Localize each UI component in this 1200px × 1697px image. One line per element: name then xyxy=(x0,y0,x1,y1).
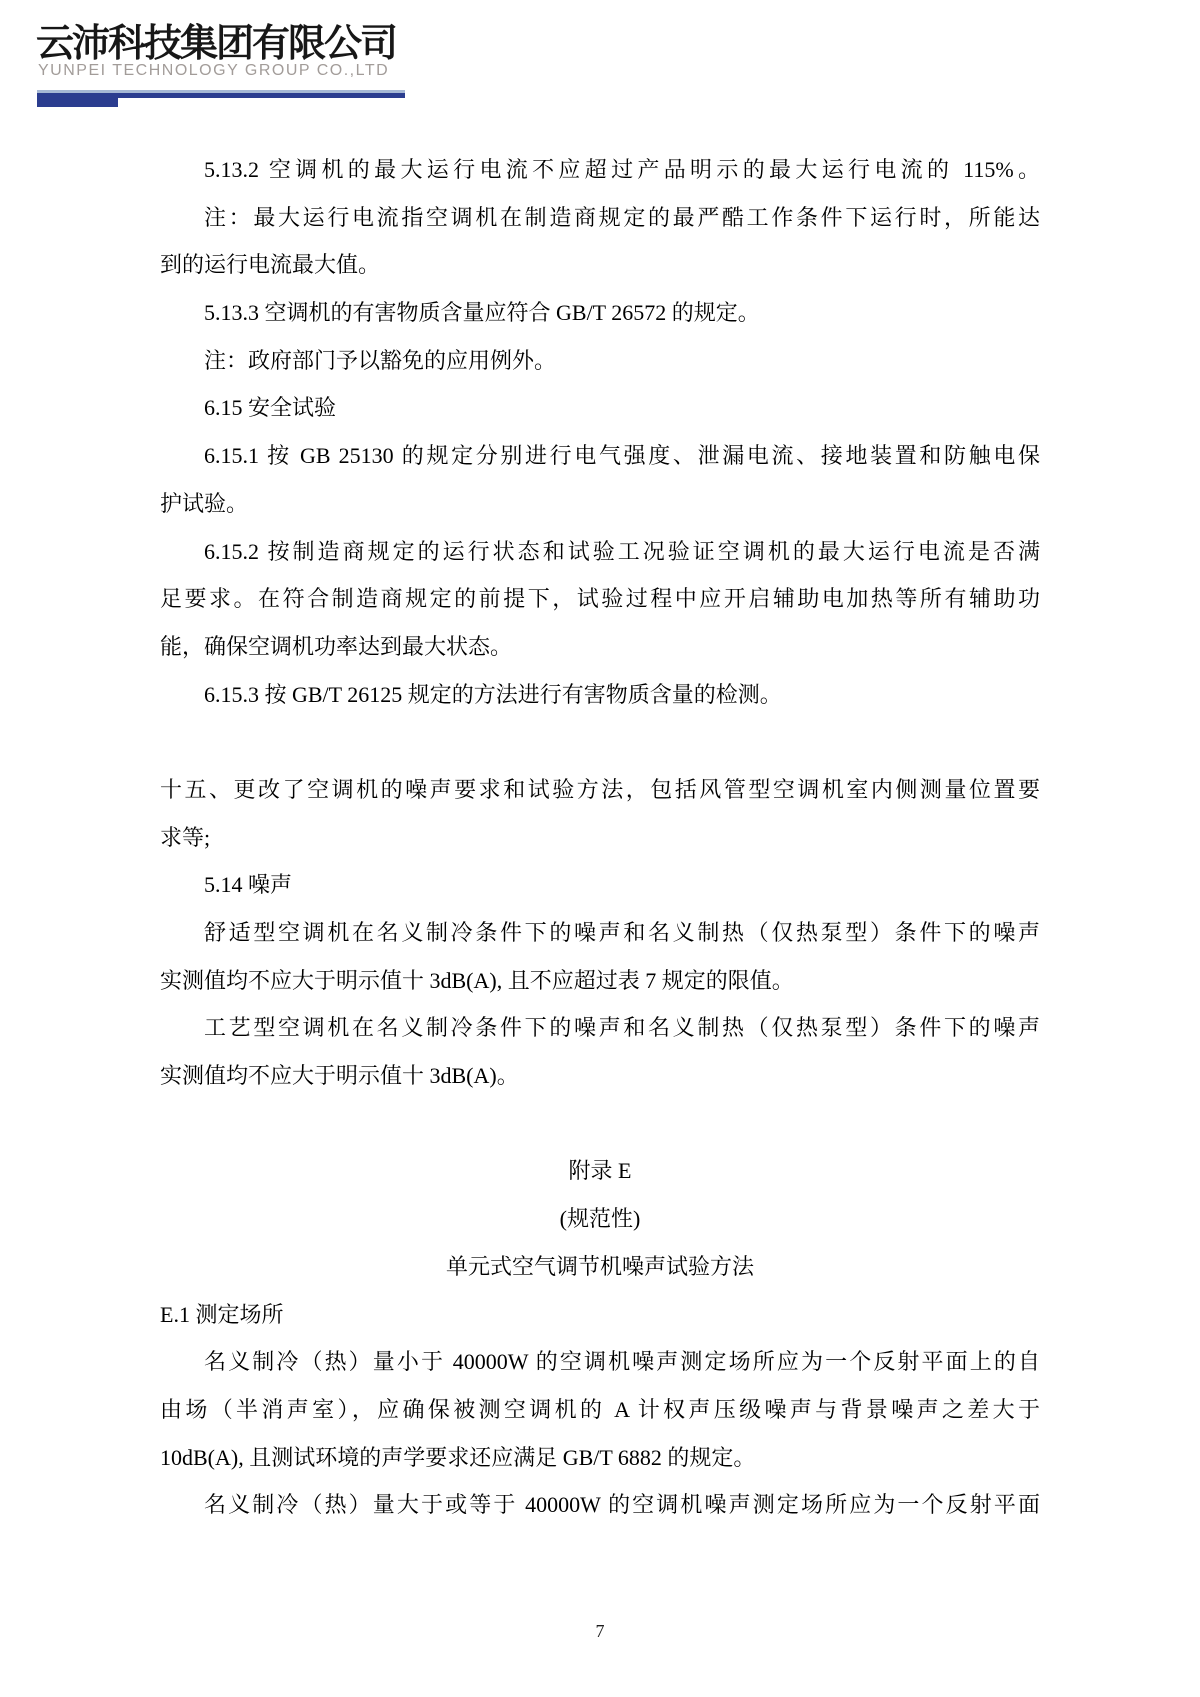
document-line xyxy=(160,718,1040,766)
document-line: 注：最大运行电流指空调机在制造商规定的最严酷工作条件下运行时，所能达 xyxy=(160,194,1040,242)
document-line: 6.15 安全试验 xyxy=(160,384,1040,432)
document-line: 名义制冷（热）量小于 40000W 的空调机噪声测定场所应为一个反射平面上的自 xyxy=(160,1338,1040,1386)
document-line: 5.13.2 空调机的最大运行电流不应超过产品明示的最大运行电流的 115%。 xyxy=(160,146,1040,194)
document-line: 附录 E xyxy=(160,1147,1040,1195)
company-name-cn: 云沛科技集团有限公司 xyxy=(36,12,396,67)
document-line: 5.14 噪声 xyxy=(160,861,1040,909)
header-rule xyxy=(37,90,405,110)
document-line: 名义制冷（热）量大于或等于 40000W 的空调机噪声测定场所应为一个反射平面 xyxy=(160,1481,1040,1529)
document-line: 护试验。 xyxy=(160,480,1040,528)
document-line: 6.15.1 按 GB 25130 的规定分别进行电气强度、泄漏电流、接地装置和… xyxy=(160,432,1040,480)
page-number: 7 xyxy=(0,1621,1200,1642)
document-page: 云沛科技集团有限公司 YUNPEI TECHNOLOGY GROUP CO.,L… xyxy=(0,0,1200,1697)
document-line: (规范性) xyxy=(160,1195,1040,1243)
document-line: 能，确保空调机功率达到最大状态。 xyxy=(160,623,1040,671)
document-line: 10dB(A), 且测试环境的声学要求还应满足 GB/T 6882 的规定。 xyxy=(160,1434,1040,1482)
document-line: 舒适型空调机在名义制冷条件下的噪声和名义制热（仅热泵型）条件下的噪声 xyxy=(160,909,1040,957)
document-line: 足要求。在符合制造商规定的前提下，试验过程中应开启辅助电加热等所有辅助功 xyxy=(160,575,1040,623)
document-line: 十五、更改了空调机的噪声要求和试验方法，包括风管型空调机室内侧测量位置要 xyxy=(160,766,1040,814)
document-line: 单元式空气调节机噪声试验方法 xyxy=(160,1243,1040,1291)
company-name-en: YUNPEI TECHNOLOGY GROUP CO.,LTD xyxy=(38,62,389,80)
document-line: 6.15.3 按 GB/T 26125 规定的方法进行有害物质含量的检测。 xyxy=(160,671,1040,719)
document-line: 求等; xyxy=(160,814,1040,862)
document-body: 5.13.2 空调机的最大运行电流不应超过产品明示的最大运行电流的 115%。注… xyxy=(160,146,1040,1529)
document-line: 5.13.3 空调机的有害物质含量应符合 GB/T 26572 的规定。 xyxy=(160,289,1040,337)
header-rule-left-block xyxy=(37,93,118,107)
document-line: 到的运行电流最大值。 xyxy=(160,241,1040,289)
document-line: 实测值均不应大于明示值十 3dB(A)。 xyxy=(160,1052,1040,1100)
document-line: 注：政府部门予以豁免的应用例外。 xyxy=(160,337,1040,385)
document-line: 实测值均不应大于明示值十 3dB(A), 且不应超过表 7 规定的限值。 xyxy=(160,957,1040,1005)
document-line xyxy=(160,1100,1040,1148)
document-line: 工艺型空调机在名义制冷条件下的噪声和名义制热（仅热泵型）条件下的噪声 xyxy=(160,1004,1040,1052)
document-line: 由场（半消声室），应确保被测空调机的 A 计权声压级噪声与背景噪声之差大于 xyxy=(160,1386,1040,1434)
document-line: 6.15.2 按制造商规定的运行状态和试验工况验证空调机的最大运行电流是否满 xyxy=(160,528,1040,576)
document-line: E.1 测定场所 xyxy=(160,1291,1040,1339)
